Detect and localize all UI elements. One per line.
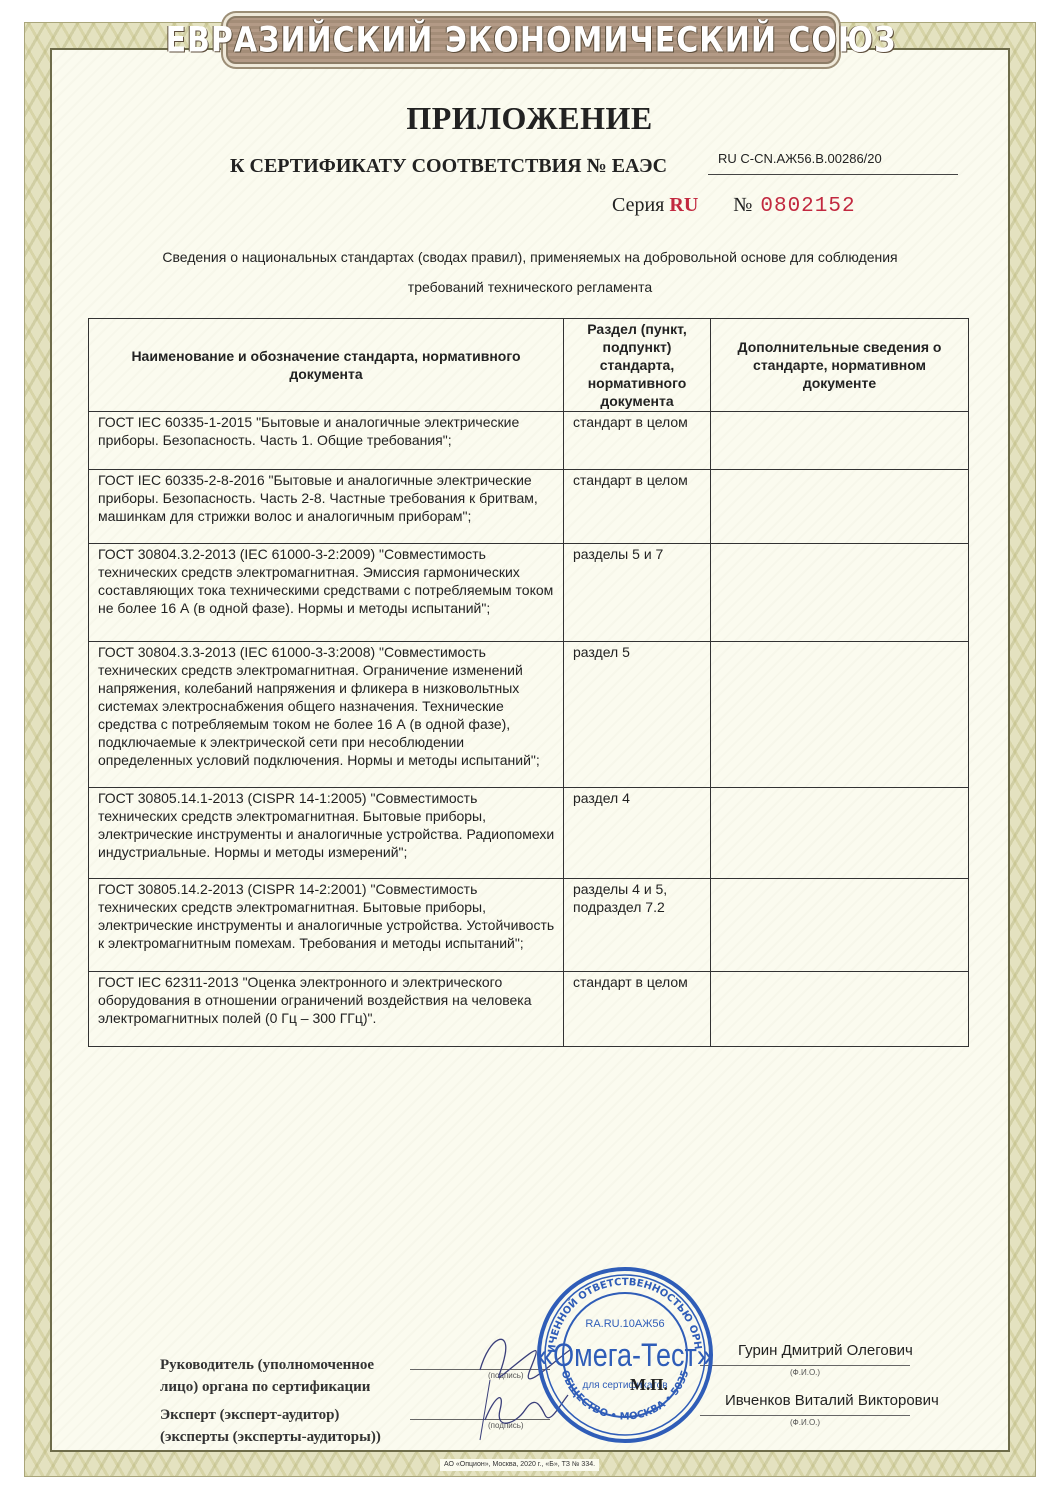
page-title: ПРИЛОЖЕНИЕ: [0, 100, 1059, 137]
table-row: ГОСТ IEC 62311-2013 "Оценка электронного…: [89, 972, 969, 1047]
seal-place-label: М.П.: [630, 1375, 668, 1395]
header-standard: Наименование и обозначение стандарта, но…: [89, 319, 564, 412]
cell-section: стандарт в целом: [564, 412, 711, 470]
cell-extra: [711, 642, 969, 788]
expert-name: Ивченков Виталий Викторович: [725, 1392, 939, 1409]
cell-section: разделы 4 и 5, подраздел 7.2: [564, 879, 711, 972]
banner-text: ЕВРАЗИЙСКИЙ ЭКОНОМИЧЕСКИЙ СОЮЗ: [166, 20, 897, 60]
cell-standard: ГОСТ 30805.14.1-2013 (CISPR 14-1:2005) "…: [89, 788, 564, 879]
cell-standard: ГОСТ IEC 60335-1-2015 "Бытовые и аналоги…: [89, 412, 564, 470]
table-row: ГОСТ 30805.14.2-2013 (CISPR 14-2:2001) "…: [89, 879, 969, 972]
blank-number: 0802152: [760, 195, 855, 218]
head-name: Гурин Дмитрий Олегович: [738, 1342, 913, 1359]
head-fio-line: [700, 1365, 910, 1366]
cell-extra: [711, 544, 969, 642]
svg-text:ОБЩЕСТВО • МОСКВА • 5035: ОБЩЕСТВО • МОСКВА • 5035: [559, 1369, 692, 1423]
cell-section: стандарт в целом: [564, 470, 711, 544]
table-row: ГОСТ 30804.3.3-2013 (IEC 61000-3-3:2008)…: [89, 642, 969, 788]
cell-extra: [711, 412, 969, 470]
printer-imprint: АО «Опцион», Москва, 2020 г., «Б», ТЗ № …: [440, 1459, 599, 1471]
cell-section: разделы 5 и 7: [564, 544, 711, 642]
certificate-label: К СЕРТИФИКАТУ СООТВЕТСТВИЯ № ЕАЭС: [230, 155, 667, 178]
certification-body-stamp: С ОГРАНИЧЕННОЙ ОТВЕТСТВЕННОСТЬЮ ОРН 1177…: [535, 1265, 715, 1445]
expert-fio-line: [700, 1415, 910, 1416]
expert-fio-caption: (Ф.И.О.): [790, 1418, 820, 1427]
cell-extra: [711, 788, 969, 879]
expert-label: Эксперт (эксперт-аудитор) (эксперты (экс…: [160, 1404, 381, 1448]
series-value: RU: [669, 194, 698, 216]
cell-extra: [711, 879, 969, 972]
eaeu-banner: ЕВРАЗИЙСКИЙ ЭКОНОМИЧЕСКИЙ СОЮЗ: [226, 16, 836, 64]
standards-table: Наименование и обозначение стандарта, но…: [88, 318, 969, 1047]
series-label: Серия: [612, 194, 664, 216]
cell-section: раздел 4: [564, 788, 711, 879]
certificate-number: RU C-CN.АЖ56.В.00286/20: [708, 151, 958, 175]
cell-standard: ГОСТ 30804.3.2-2013 (IEC 61000-3-2:2009)…: [89, 544, 564, 642]
cell-standard: ГОСТ 30804.3.3-2013 (IEC 61000-3-3:2008)…: [89, 642, 564, 788]
intro-line-2: требований технического регламента: [90, 272, 970, 302]
series-line: Серия RU №0802152: [612, 194, 856, 218]
header-section: Раздел (пункт, подпункт) стандарта, норм…: [564, 319, 711, 412]
cell-extra: [711, 470, 969, 544]
table-row: ГОСТ IEC 60335-2-8-2016 "Бытовые и анало…: [89, 470, 969, 544]
cell-standard: ГОСТ 30805.14.2-2013 (CISPR 14-2:2001) "…: [89, 879, 564, 972]
cell-section: стандарт в целом: [564, 972, 711, 1047]
header-extra: Дополнительные сведения о стандарте, нор…: [711, 319, 969, 412]
svg-text:RA.RU.10АЖ56: RA.RU.10АЖ56: [585, 1318, 664, 1330]
table-row: ГОСТ 30805.14.1-2013 (CISPR 14-1:2005) "…: [89, 788, 969, 879]
number-label: №: [733, 194, 752, 216]
cell-section: раздел 5: [564, 642, 711, 788]
intro-line-1: Сведения о национальных стандартах (свод…: [90, 242, 970, 272]
intro-text: Сведения о национальных стандартах (свод…: [90, 242, 970, 302]
table-row: ГОСТ 30804.3.2-2013 (IEC 61000-3-2:2009)…: [89, 544, 969, 642]
cell-standard: ГОСТ IEC 60335-2-8-2016 "Бытовые и анало…: [89, 470, 564, 544]
cell-extra: [711, 972, 969, 1047]
table-row: ГОСТ IEC 60335-1-2015 "Бытовые и аналоги…: [89, 412, 969, 470]
table-header-row: Наименование и обозначение стандарта, но…: [89, 319, 969, 412]
head-of-body-label: Руководитель (уполномоченное лицо) орган…: [160, 1354, 374, 1398]
head-fio-caption: (Ф.И.О.): [790, 1368, 820, 1377]
svg-text:«Омега-Тест»: «Омега-Тест»: [538, 1338, 712, 1374]
stamp-seal-icon: С ОГРАНИЧЕННОЙ ОТВЕТСТВЕННОСТЬЮ ОРН 1177…: [535, 1265, 715, 1445]
cell-standard: ГОСТ IEC 62311-2013 "Оценка электронного…: [89, 972, 564, 1047]
